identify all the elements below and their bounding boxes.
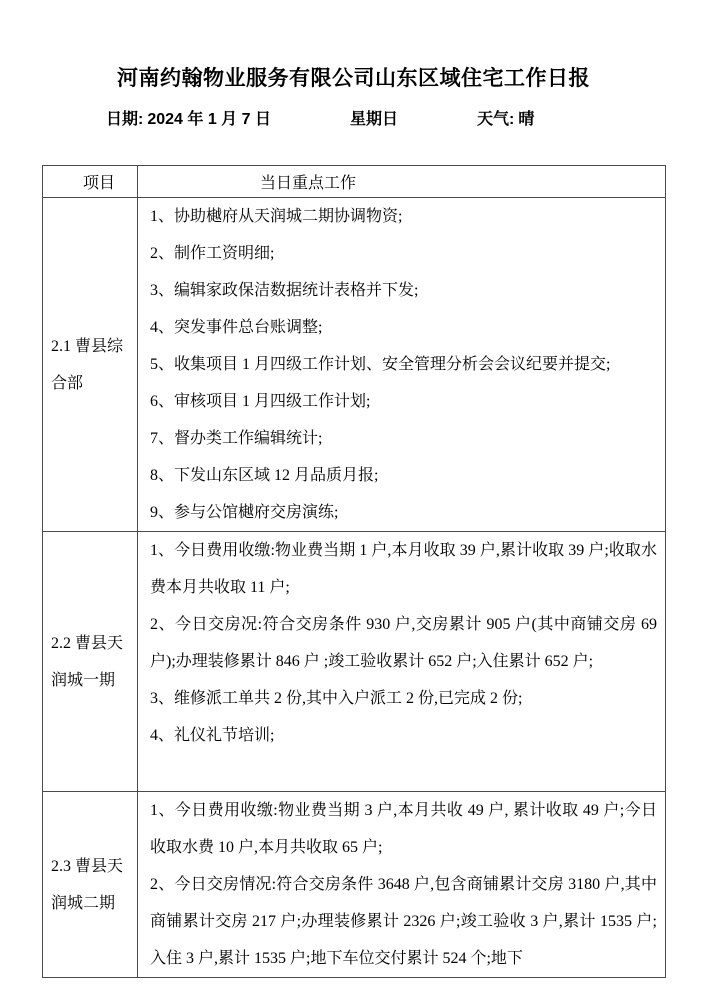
work-item: 2、制作工资明细; <box>150 235 657 272</box>
report-page: 河南约翰物业服务有限公司山东区域住宅工作日报 日期:2024 年 1 月 7 日… <box>0 0 707 999</box>
project-name-cell: 2.1 曹县综合部 <box>43 198 138 532</box>
work-items-cell: 1、今日费用收缴:物业费当期 1 户,本月收取 39 户,累计收取 39 户;收… <box>138 532 666 792</box>
work-items-cell: 1、协助樾府从天润城二期协调物资; 2、制作工资明细; 3、编辑家政保洁数据统计… <box>138 198 666 532</box>
work-item: 1、今日费用收缴:物业费当期 3 户,本月共收 49 户, 累计收取 49 户;… <box>150 792 657 866</box>
work-item: 8、下发山东区域 12 月品质月报; <box>150 457 657 494</box>
weekday-value: 星期日 <box>350 109 398 131</box>
work-item: 5、收集项目 1 月四级工作计划、安全管理分析会会议纪要并提交; <box>150 346 657 383</box>
report-title: 河南约翰物业服务有限公司山东区域住宅工作日报 <box>0 62 707 96</box>
col-header-project: 项目 <box>43 166 138 198</box>
work-item: 4、礼仪礼节培训; <box>150 717 657 754</box>
work-item: 2、今日交房况:符合交房条件 930 户,交房累计 905 户(其中商铺交房 6… <box>150 606 657 680</box>
work-item: 1、今日费用收缴:物业费当期 1 户,本月收取 39 户,累计收取 39 户;收… <box>150 532 657 606</box>
weather-field: 天气:晴 <box>477 109 534 131</box>
work-item: 3、编辑家政保洁数据统计表格并下发; <box>150 272 657 309</box>
weather-value: 晴 <box>518 111 534 128</box>
work-items-cell: 1、今日费用收缴:物业费当期 3 户,本月共收 49 户, 累计收取 49 户;… <box>138 792 666 978</box>
work-item: 6、审核项目 1 月四级工作计划; <box>150 383 657 420</box>
date-field: 日期:2024 年 1 月 7 日 <box>106 109 271 131</box>
project-name-cell: 2.3 曹县天润城二期 <box>43 792 138 978</box>
weather-label: 天气: <box>477 111 514 128</box>
work-item: 7、督办类工作编辑统计; <box>150 420 657 457</box>
table-header-row: 项目 当日重点工作 <box>43 166 666 198</box>
date-label: 日期: <box>106 111 143 128</box>
table-row-tianruncheng-phase1: 2.2 曹县天润城一期 1、今日费用收缴:物业费当期 1 户,本月收取 39 户… <box>43 532 666 792</box>
project-name-cell: 2.2 曹县天润城一期 <box>43 532 138 792</box>
work-item: 2、今日交房情况:符合交房条件 3648 户,包含商铺累计交房 3180 户,其… <box>150 866 657 977</box>
work-item: 1、协助樾府从天润城二期协调物资; <box>150 198 657 235</box>
col-header-work: 当日重点工作 <box>138 166 666 198</box>
table-row-caoxian-zonghebu: 2.1 曹县综合部 1、协助樾府从天润城二期协调物资; 2、制作工资明细; 3、… <box>43 198 666 532</box>
report-meta: 日期:2024 年 1 月 7 日 星期日 天气:晴 <box>0 109 707 133</box>
daily-work-table: 项目 当日重点工作 2.1 曹县综合部 1、协助樾府从天润城二期协调物资; 2、… <box>42 165 666 978</box>
table-row-tianruncheng-phase2: 2.3 曹县天润城二期 1、今日费用收缴:物业费当期 3 户,本月共收 49 户… <box>43 792 666 978</box>
work-item: 9、参与公馆樾府交房演练; <box>150 494 657 531</box>
work-item: 4、突发事件总台账调整; <box>150 309 657 346</box>
date-value: 2024 年 1 月 7 日 <box>147 111 271 128</box>
work-item: 3、维修派工单共 2 份,其中入户派工 2 份,已完成 2 份; <box>150 680 657 717</box>
